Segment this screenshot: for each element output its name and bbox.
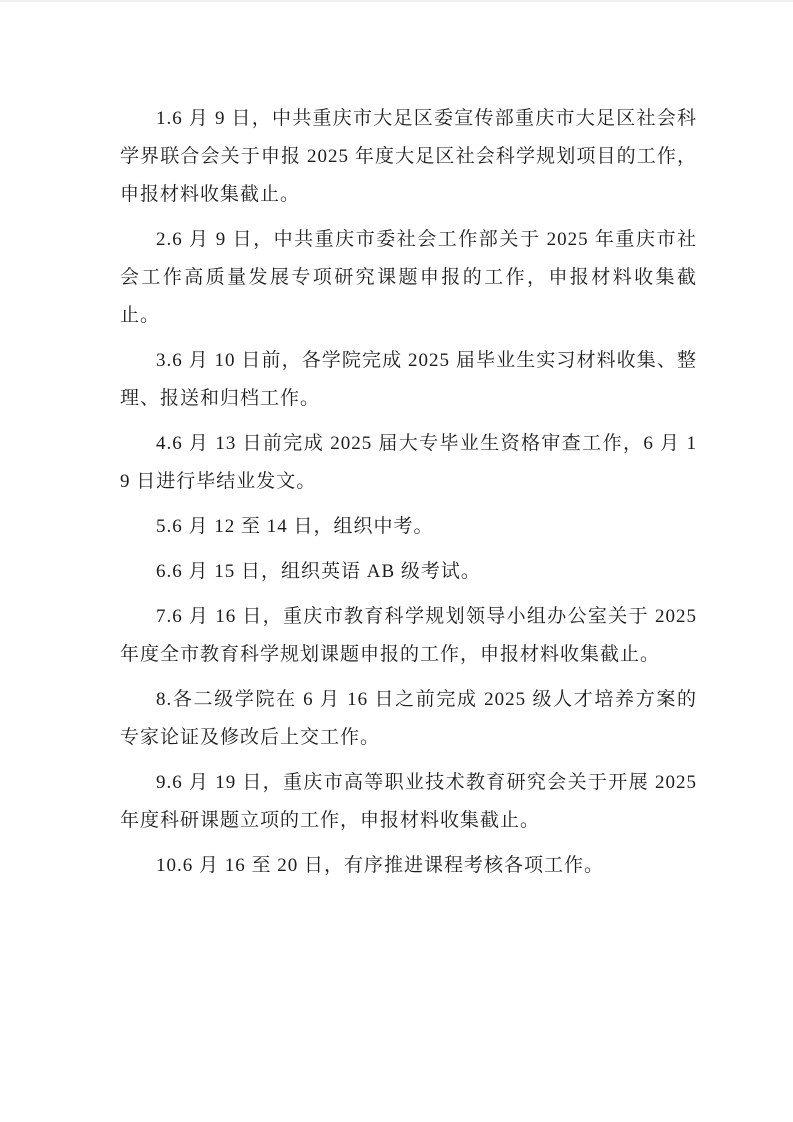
document-paragraph: 3.6 月 10 日前，各学院完成 2025 届毕业生实习材料收集、整理、报送和… [120, 342, 697, 418]
document-paragraph: 2.6 月 9 日，中共重庆市委社会工作部关于 2025 年重庆市社会工作高质量… [120, 221, 697, 335]
document-paragraph: 4.6 月 13 日前完成 2025 届大专毕业生资格审查工作，6 月 19 日… [120, 425, 697, 501]
document-paragraph: 10.6 月 16 至 20 日，有序推进课程考核各项工作。 [120, 847, 697, 885]
document-paragraph: 9.6 月 19 日，重庆市高等职业技术教育研究会关于开展 2025 年度科研课… [120, 764, 697, 840]
document-page: 1.6 月 9 日，中共重庆市大足区委宣传部重庆市大足区社会科学界联合会关于申报… [0, 0, 793, 1122]
document-body: 1.6 月 9 日，中共重庆市大足区委宣传部重庆市大足区社会科学界联合会关于申报… [120, 100, 697, 892]
document-paragraph: 5.6 月 12 至 14 日，组织中考。 [120, 508, 697, 546]
document-paragraph: 1.6 月 9 日，中共重庆市大足区委宣传部重庆市大足区社会科学界联合会关于申报… [120, 100, 697, 214]
document-paragraph: 6.6 月 15 日，组织英语 AB 级考试。 [120, 553, 697, 591]
document-paragraph: 7.6 月 16 日，重庆市教育科学规划领导小组办公室关于 2025 年度全市教… [120, 598, 697, 674]
document-paragraph: 8.各二级学院在 6 月 16 日之前完成 2025 级人才培养方案的专家论证及… [120, 681, 697, 757]
